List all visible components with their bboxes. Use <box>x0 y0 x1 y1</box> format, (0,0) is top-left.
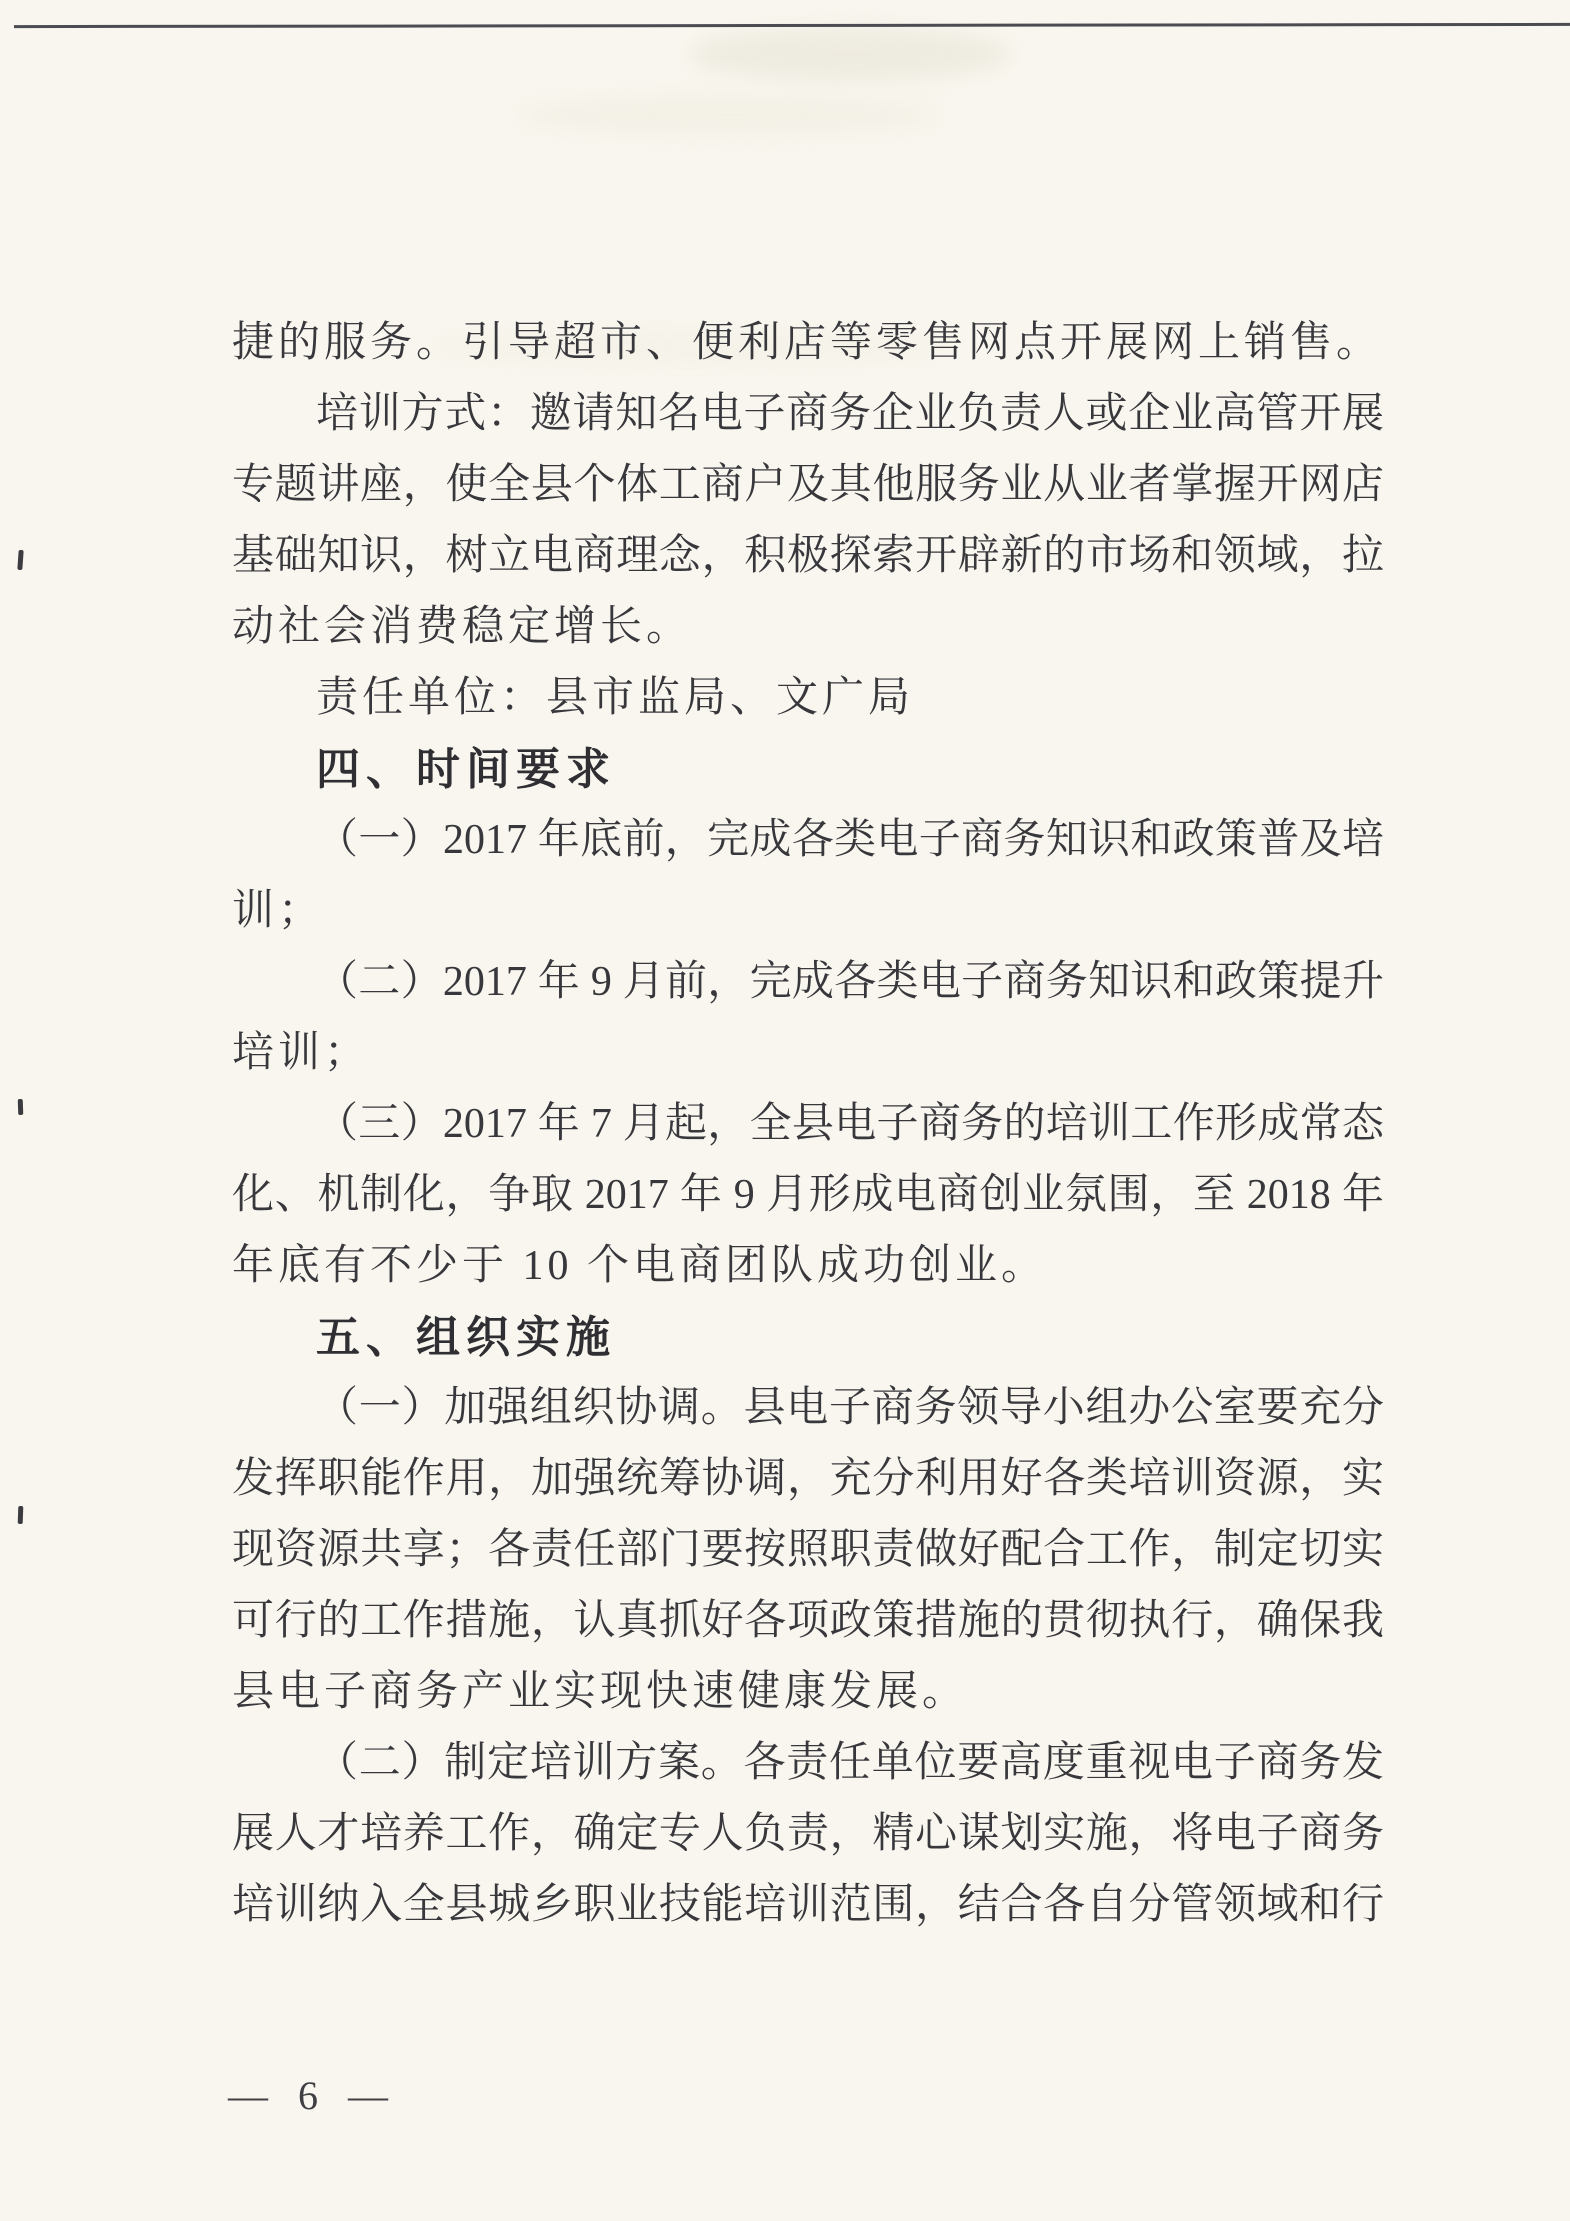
page-number: — 6 — <box>228 2072 398 2119</box>
text-line: 捷的服务。引导超市、便利店等零售网点开展网上销售。 <box>232 308 1384 379</box>
text-line: 现资源共享；各责任部门要按照职责做好配合工作，制定切实 <box>232 1515 1384 1586</box>
text-line: 责任单位：县市监局、文广局 <box>232 663 1384 734</box>
margin-ink-mark <box>18 1099 24 1115</box>
text-line: 动社会消费稳定增长。 <box>232 592 1384 663</box>
margin-ink-mark <box>17 550 23 570</box>
text-line: 基础知识，树立电商理念，积极探索开辟新的市场和领域，拉 <box>232 521 1384 592</box>
text-line: 培训方式：邀请知名电子商务企业负责人或企业高管开展 <box>232 379 1384 450</box>
text-line: 展人才培养工作，确定专人负责，精心谋划实施，将电子商务 <box>232 1799 1384 1870</box>
text-line: （三）2017 年 7 月起，全县电子商务的培训工作形成常态 <box>232 1089 1384 1160</box>
text-line: 可行的工作措施，认真抓好各项政策措施的贯彻执行，确保我 <box>232 1586 1384 1657</box>
text-line: 培训纳入全县城乡职业技能培训范围，结合各自分管领域和行 <box>232 1870 1384 1941</box>
text-line: 县电子商务产业实现快速健康发展。 <box>232 1657 1384 1728</box>
text-line: 化、机制化，争取 2017 年 9 月形成电商创业氛围，至 2018 年 <box>232 1160 1384 1231</box>
text-line: 发挥职能作用，加强统筹协调，充分利用好各类培训资源，实 <box>232 1444 1384 1515</box>
scan-edge-line <box>14 23 1570 28</box>
text-line: 培训； <box>232 1018 1384 1089</box>
text-line: 训； <box>232 876 1384 947</box>
text-line: （一）加强组织协调。县电子商务领导小组办公室要充分 <box>232 1373 1384 1444</box>
scan-smudge <box>690 28 1010 80</box>
text-line: （一）2017 年底前，完成各类电子商务知识和政策普及培 <box>232 805 1384 876</box>
text-line: （二）制定培训方案。各责任单位要高度重视电子商务发 <box>232 1728 1384 1799</box>
text-line: 年底有不少于 10 个电商团队成功创业。 <box>232 1231 1384 1302</box>
document-body: 捷的服务。引导超市、便利店等零售网点开展网上销售。培训方式：邀请知名电子商务企业… <box>232 308 1384 1941</box>
margin-ink-mark <box>18 1506 24 1524</box>
text-line: （二）2017 年 9 月前，完成各类电子商务知识和政策提升 <box>232 947 1384 1018</box>
section-heading: 四、时间要求 <box>232 734 1384 805</box>
section-heading: 五、组织实施 <box>232 1302 1384 1373</box>
scanned-document-page: 捷的服务。引导超市、便利店等零售网点开展网上销售。培训方式：邀请知名电子商务企业… <box>0 0 1570 2221</box>
scan-smudge <box>520 95 940 135</box>
text-line: 专题讲座，使全县个体工商户及其他服务业从业者掌握开网店 <box>232 450 1384 521</box>
